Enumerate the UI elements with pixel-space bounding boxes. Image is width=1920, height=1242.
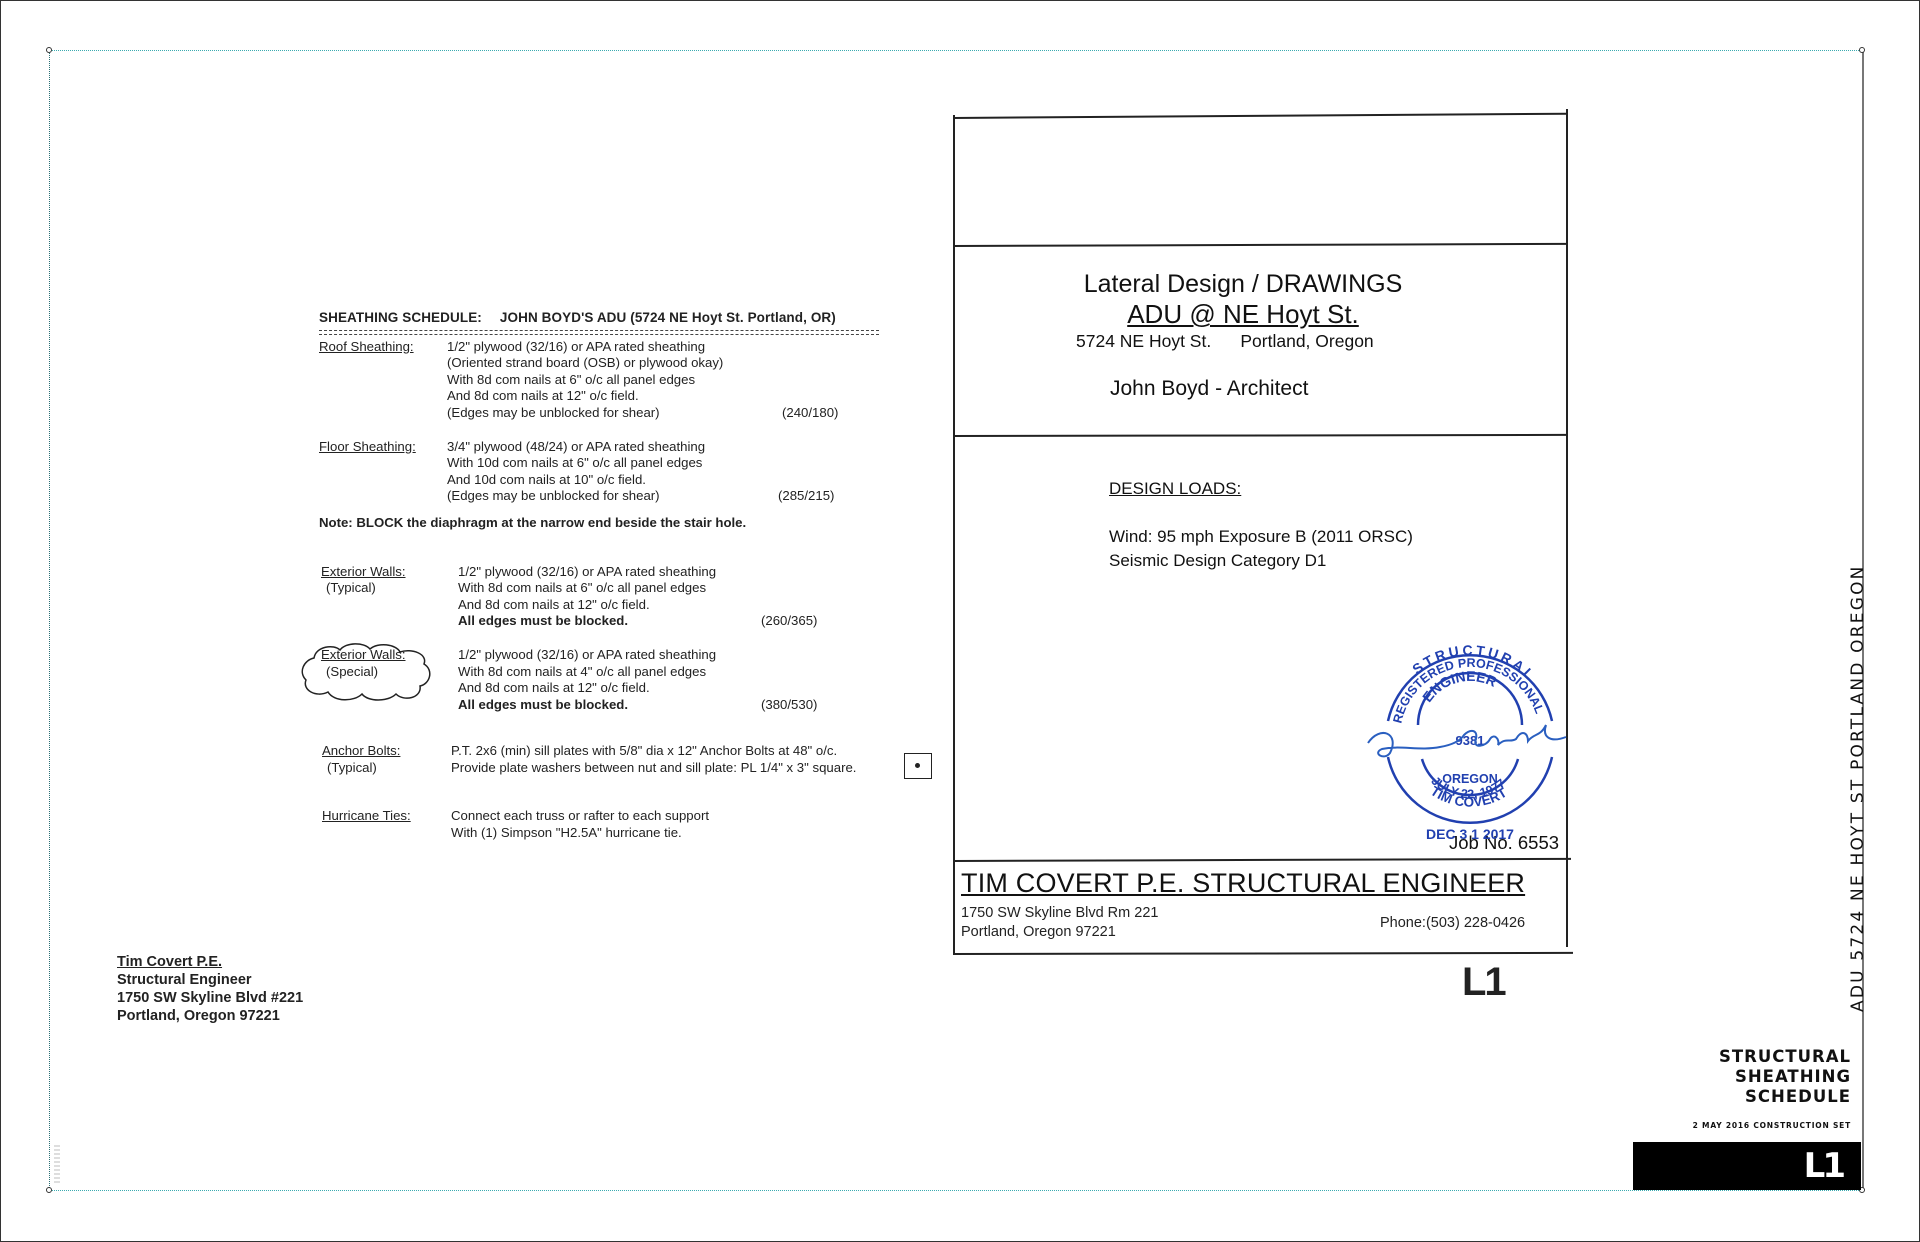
drawing-heading: Lateral Design / DRAWINGS	[973, 270, 1513, 299]
section-line: (Edges may be unblocked for shear)	[447, 405, 660, 420]
section-line: With 8d com nails at 4" o/c all panel ed…	[458, 664, 939, 681]
vertical-project-title: ADU 5724 NE HOYT ST PORTLAND OREGON	[1848, 564, 1868, 1012]
title-block-divider	[953, 243, 1567, 247]
sheet-number-box: L1	[1633, 1142, 1861, 1190]
schedule-section-roof: Roof Sheathing: 1/2" plywood (32/16) or …	[319, 339, 939, 422]
section-line: All edges must be blocked.	[458, 697, 628, 712]
section-line: And 10d com nails at 10" o/c field.	[447, 472, 939, 489]
revision-cloud-icon	[300, 640, 436, 704]
schedule-section-floor: Floor Sheathing: 3/4" plywood (48/24) or…	[319, 439, 939, 505]
section-line: With 8d com nails at 6" o/c all panel ed…	[458, 580, 939, 597]
frame-left-border	[49, 50, 50, 1190]
section-line: With 8d com nails at 6" o/c all panel ed…	[447, 372, 939, 389]
sheet-title-line: SHEATHING	[1719, 1067, 1851, 1087]
sheathing-schedule: SHEATHING SCHEDULE:JOHN BOYD'S ADU (5724…	[319, 310, 939, 842]
section-label: Anchor Bolts:	[322, 743, 400, 758]
firm-address: 1750 SW Skyline Blvd Rm 221 Portland, Or…	[961, 904, 1158, 942]
section-label: Hurricane Ties:	[322, 808, 411, 823]
section-line: With 10d com nails at 6" o/c all panel e…	[447, 455, 939, 472]
schedule-section-hurricane-ties: Hurricane Ties: Connect each truss or ra…	[319, 808, 939, 841]
section-line: And 8d com nails at 12" o/c field.	[447, 388, 939, 405]
section-line: 1/2" plywood (32/16) or APA rated sheath…	[447, 339, 939, 356]
schedule-section-anchor-bolts: Anchor Bolts:(Typical) P.T. 2x6 (min) si…	[319, 743, 939, 776]
section-line: Provide plate washers between nut and si…	[451, 760, 939, 777]
section-label: Roof Sheathing:	[319, 339, 414, 354]
title-block-border	[953, 115, 955, 955]
schedule-title: SHEATHING SCHEDULE:	[319, 310, 482, 325]
engineer-title: Structural Engineer	[117, 971, 303, 989]
schedule-heading: SHEATHING SCHEDULE:JOHN BOYD'S ADU (5724…	[319, 310, 939, 327]
section-line: 1/2" plywood (32/16) or APA rated sheath…	[458, 564, 939, 581]
sheet-set-label: 2 MAY 2016 CONSTRUCTION SET	[1693, 1121, 1851, 1130]
shear-rating: (260/365)	[761, 613, 845, 630]
design-loads-heading: DESIGN LOADS:	[1109, 479, 1241, 499]
schedule-section-exterior-walls-typical: Exterior Walls:(Typical) 1/2" plywood (3…	[319, 564, 939, 630]
firm-phone: Phone:(503) 228-0426	[1380, 915, 1525, 931]
sheet-title: STRUCTURAL SHEATHING SCHEDULE	[1719, 1047, 1851, 1107]
frame-corner-marker	[46, 1187, 52, 1193]
sheet-title-line: STRUCTURAL	[1719, 1047, 1851, 1067]
title-block-divider	[953, 858, 1571, 862]
project-address: 5724 NE Hoyt St. Portland, Oregon	[1076, 331, 1374, 352]
engineer-address-line: Portland, Oregon 97221	[117, 1007, 303, 1025]
sheet-title-line: SCHEDULE	[1719, 1087, 1851, 1107]
svg-text:DEC 3 1 2017: DEC 3 1 2017	[1426, 826, 1514, 842]
firm-address-line: 1750 SW Skyline Blvd Rm 221	[961, 904, 1158, 923]
design-load-item: Seismic Design Category D1	[1109, 549, 1413, 573]
engineer-name: Tim Covert P.E.	[117, 953, 303, 971]
firm-address-line: Portland, Oregon 97221	[961, 923, 1158, 942]
design-load-item: Wind: 95 mph Exposure B (2011 ORSC)	[1109, 525, 1413, 549]
schedule-note: Note: BLOCK the diaphragm at the narrow …	[319, 515, 939, 532]
section-line: And 8d com nails at 12" o/c field.	[458, 680, 939, 697]
project-name: ADU @ NE Hoyt St.	[973, 299, 1513, 330]
engineer-contact-block: Tim Covert P.E. Structural Engineer 1750…	[117, 953, 303, 1025]
section-sublabel: (Typical)	[322, 760, 462, 777]
architect-name: John Boyd - Architect	[1110, 377, 1308, 401]
double-rule-divider	[319, 330, 879, 335]
section-label: Floor Sheathing:	[319, 439, 416, 454]
section-line: And 8d com nails at 12" o/c field.	[458, 597, 939, 614]
section-label: Exterior Walls:	[321, 564, 406, 579]
engineer-seal-stamp-icon: STRUCTURAL REGISTERED PROFESSIONAL ENGIN…	[1360, 625, 1580, 845]
shear-rating: (240/180)	[782, 405, 845, 422]
section-line: (Oriented strand board (OSB) or plywood …	[447, 355, 939, 372]
shear-rating: (285/215)	[778, 488, 845, 505]
frame-corner-marker	[1859, 47, 1865, 53]
plot-stamp-mark	[54, 1145, 60, 1185]
section-line: With (1) Simpson "H2.5A" hurricane tie.	[451, 825, 939, 842]
shear-rating: (380/530)	[761, 697, 845, 714]
section-line: 1/2" plywood (32/16) or APA rated sheath…	[458, 647, 939, 664]
section-line: Connect each truss or rafter to each sup…	[451, 808, 939, 825]
sheet-number: L1	[1804, 1146, 1843, 1186]
section-line: P.T. 2x6 (min) sill plates with 5/8" dia…	[451, 743, 939, 760]
schedule-project: JOHN BOYD'S ADU (5724 NE Hoyt St. Portla…	[500, 310, 836, 325]
section-sublabel: (Typical)	[321, 580, 461, 597]
page-stamp: L1	[1462, 960, 1505, 1005]
section-line: All edges must be blocked.	[458, 613, 628, 628]
firm-name: TIM COVERT P.E. STRUCTURAL ENGINEER	[961, 868, 1525, 899]
title-block-divider	[953, 434, 1567, 437]
frame-bottom-border	[49, 1190, 1863, 1191]
title-block-border	[953, 952, 1573, 955]
section-line: (Edges may be unblocked for shear)	[447, 488, 660, 503]
frame-top-border	[49, 50, 1863, 51]
frame-corner-marker	[46, 47, 52, 53]
anchor-bolt-detail-icon	[904, 753, 932, 779]
design-loads-list: Wind: 95 mph Exposure B (2011 ORSC) Seis…	[1109, 525, 1413, 573]
engineer-address-line: 1750 SW Skyline Blvd #221	[117, 989, 303, 1007]
section-line: 3/4" plywood (48/24) or APA rated sheath…	[447, 439, 939, 456]
